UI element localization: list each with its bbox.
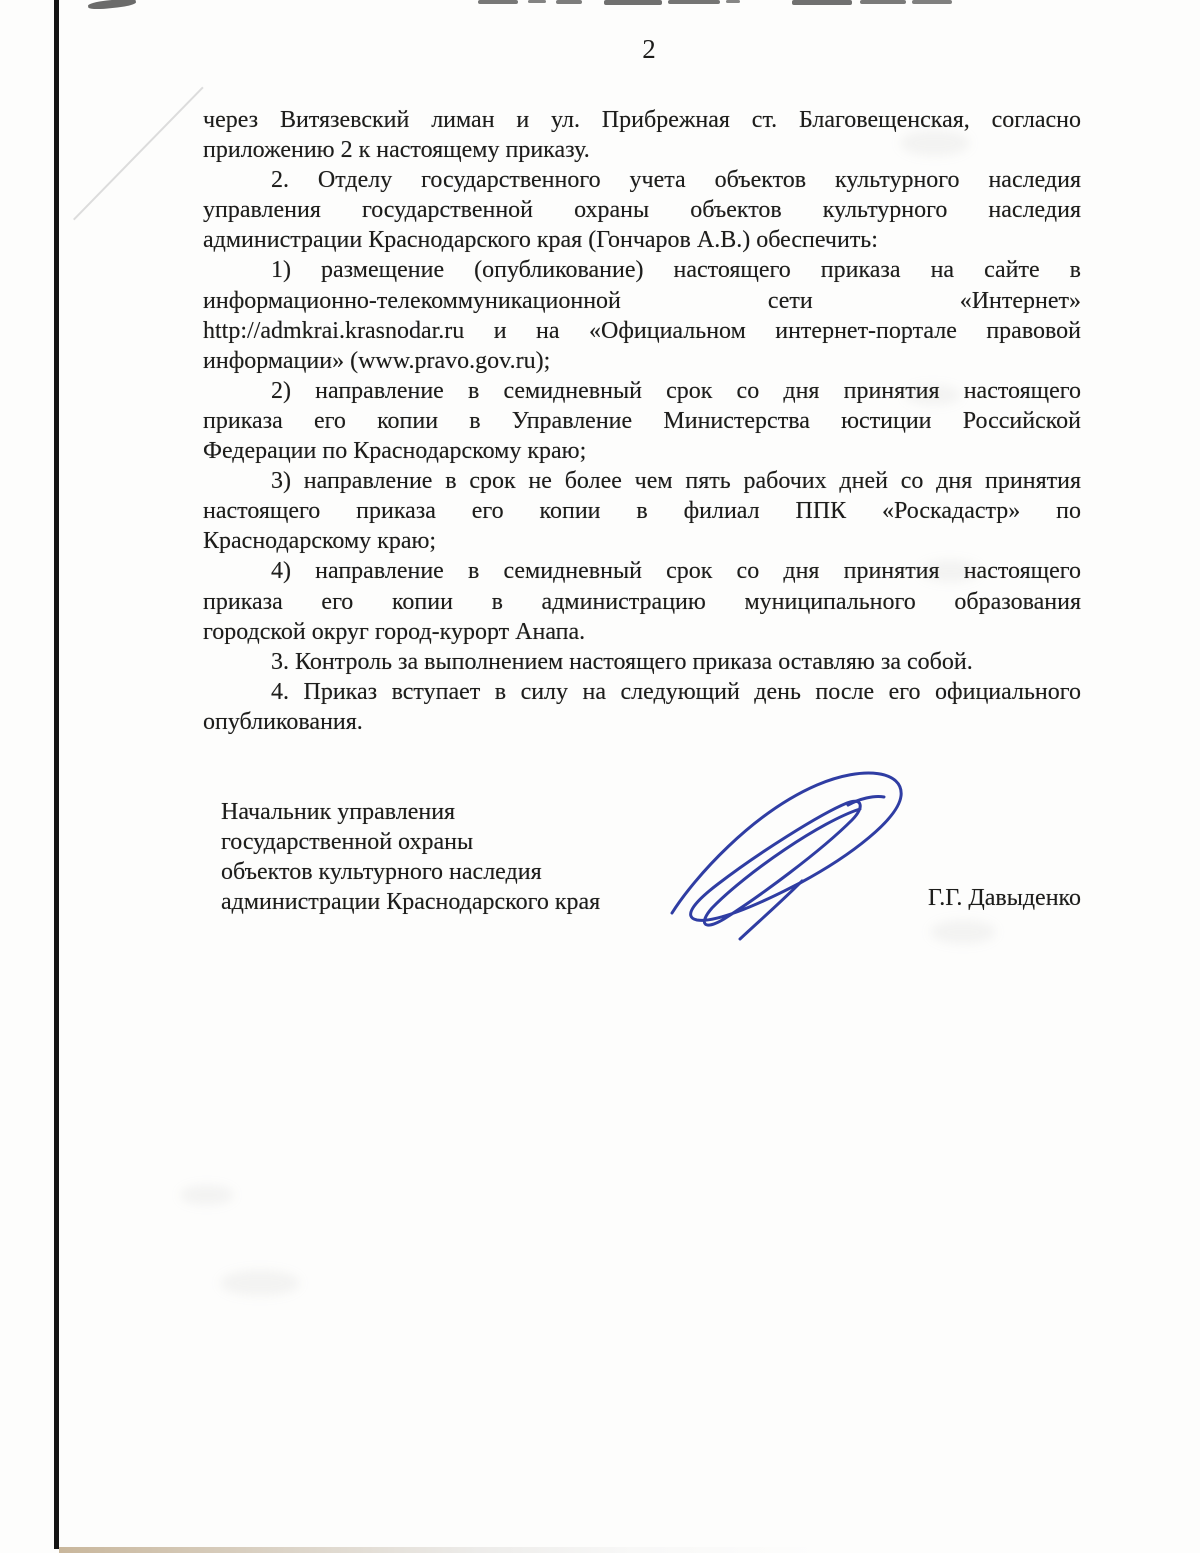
scan-artifact [792, 0, 852, 5]
scan-artifact [556, 0, 582, 4]
scan-artifact [478, 0, 518, 4]
paragraph: через Витязевский лиман и ул. Прибрежная… [203, 105, 1081, 165]
scan-artifact [912, 0, 952, 4]
document-line: городской округ город-курорт Анапа. [203, 617, 1081, 647]
document-line: управления государственной охраны объект… [203, 195, 1081, 225]
signatory-position-line: Начальник управления [221, 797, 600, 827]
scan-smudge [220, 1270, 300, 1296]
paragraph: 2) направление в семидневный срок со дня… [203, 376, 1081, 466]
document-line: Федерации по Краснодарскому краю; [203, 436, 1081, 466]
scan-artifact [860, 0, 906, 4]
paragraph: 4. Приказ вступает в силу на следующий д… [203, 677, 1081, 737]
paragraph: 1) размещение (опубликование) настоящего… [203, 255, 1081, 375]
signatory-name: Г.Г. Давыденко [928, 885, 1081, 912]
paragraph: 3. Контроль за выполнением настоящего пр… [203, 647, 1081, 677]
signatory-position-block: Начальник управления государственной охр… [221, 797, 600, 917]
document-line: 4. Приказ вступает в силу на следующий д… [203, 677, 1081, 707]
scanned-document-page: { "page": { "number": "2" }, "document":… [0, 0, 1200, 1553]
scan-artifact [668, 0, 720, 4]
document-line: Краснодарскому краю; [203, 526, 1081, 556]
scan-artifact [88, 0, 137, 10]
document-line: 2. Отделу государственного учета объекто… [203, 165, 1081, 195]
document-body: через Витязевский лиман и ул. Прибрежная… [203, 105, 1081, 737]
page-number: 2 [210, 34, 1088, 65]
signatory-position-line: администрации Краснодарского края [221, 887, 600, 917]
scan-crease-line [73, 87, 204, 221]
document-line: настоящего приказа его копии в филиал ПП… [203, 496, 1081, 526]
document-line: http://admkrai.krasnodar.ru и на «Официа… [203, 316, 1081, 346]
paragraph: 4) направление в семидневный срок со дня… [203, 556, 1081, 646]
paragraph: 3) направление в срок не более чем пять … [203, 466, 1081, 556]
scan-bottom-edge-strip [59, 1547, 819, 1553]
document-line: приказа его копии в Управление Министерс… [203, 406, 1081, 436]
scan-artifact [604, 0, 662, 5]
document-line: 3. Контроль за выполнением настоящего пр… [203, 647, 1081, 677]
document-line: администрации Краснодарского края (Гонча… [203, 225, 1081, 255]
scan-smudge [180, 1185, 234, 1205]
document-line: 3) направление в срок не более чем пять … [203, 466, 1081, 496]
document-line: 4) направление в семидневный срок со дня… [203, 556, 1081, 586]
document-line: приказа его копии в администрацию муници… [203, 587, 1081, 617]
document-line: 1) размещение (опубликование) настоящего… [203, 255, 1081, 285]
scan-artifact [726, 0, 740, 3]
signatory-position-line: объектов культурного наследия [221, 857, 600, 887]
signatory-position-line: государственной охраны [221, 827, 600, 857]
document-line: через Витязевский лиман и ул. Прибрежная… [203, 105, 1081, 135]
document-line: информационно-телекоммуникационной сети … [203, 286, 1081, 316]
scan-artifact [528, 0, 546, 3]
document-line: приложению 2 к настоящему приказу. [203, 135, 1081, 165]
handwritten-signature-icon [652, 763, 952, 948]
document-line: информации» (www.pravo.gov.ru); [203, 346, 1081, 376]
paragraph: 2. Отделу государственного учета объекто… [203, 165, 1081, 255]
scan-binding-edge-line [54, 0, 59, 1549]
document-line: 2) направление в семидневный срок со дня… [203, 376, 1081, 406]
document-line: опубликования. [203, 707, 1081, 737]
